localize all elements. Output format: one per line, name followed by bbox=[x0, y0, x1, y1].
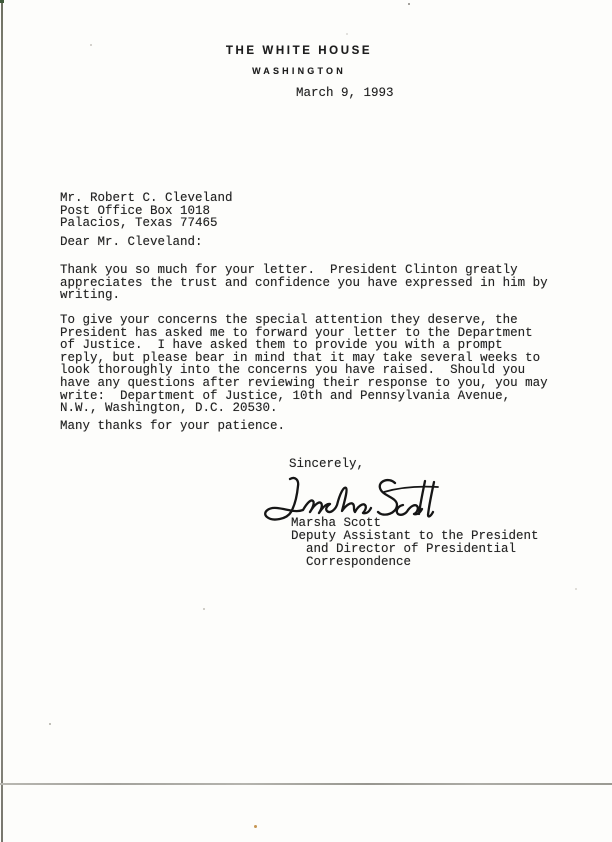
letterhead-city: WASHINGTON bbox=[0, 66, 598, 76]
paragraph-2: To give your concerns the special attent… bbox=[60, 314, 548, 415]
handwritten-signature bbox=[256, 475, 440, 522]
letterhead-org: THE WHITE HOUSE bbox=[0, 45, 598, 57]
scan-speck bbox=[575, 588, 577, 590]
typed-signature-block: Marsha Scott Deputy Assistant to the Pre… bbox=[291, 517, 539, 569]
closing: Sincerely, bbox=[289, 458, 364, 471]
scan-speck bbox=[254, 825, 257, 828]
scan-speck bbox=[203, 608, 205, 610]
salutation: Dear Mr. Cleveland: bbox=[60, 236, 203, 249]
scan-bottom-edge-line bbox=[0, 783, 612, 785]
scanned-letter-page: THE WHITE HOUSE WASHINGTON March 9, 1993… bbox=[0, 0, 612, 842]
paragraph-3: Many thanks for your patience. bbox=[60, 420, 285, 433]
scan-speck bbox=[408, 3, 410, 5]
scan-left-edge-line bbox=[1, 0, 3, 842]
date-line: March 9, 1993 bbox=[296, 87, 394, 100]
recipient-address: Mr. Robert C. Cleveland Post Office Box … bbox=[60, 192, 233, 230]
scan-speck bbox=[49, 723, 51, 725]
scan-speck bbox=[346, 33, 348, 35]
scan-corner-speck bbox=[0, 0, 4, 3]
paragraph-1: Thank you so much for your letter. Presi… bbox=[60, 264, 548, 302]
